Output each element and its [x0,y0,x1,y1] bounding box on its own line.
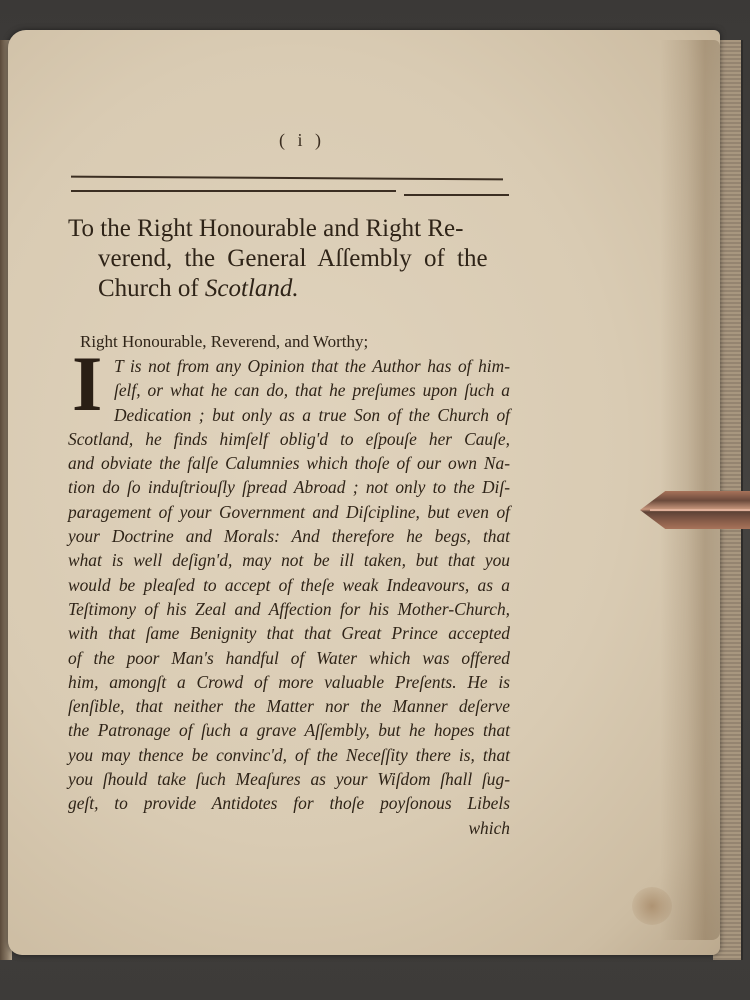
header-rule-bottom-right [404,194,509,196]
body-line: paragement of your Government and Diſcip… [68,500,510,524]
body-line: ſelf, or what he can do, that he preſume… [68,378,510,402]
heading-line-3: Church of Scotland. [68,274,516,304]
heading-line-2: verend, the General Aſſembly of the [68,244,516,274]
body-text: T is not from any Opinion that the Autho… [68,354,510,840]
header-rule-bottom-left [71,190,396,192]
body-line: Dedication ; but only as a true Son of t… [68,403,510,427]
body-line: T is not from any Opinion that the Autho… [68,354,510,378]
pen-clip-highlight [650,509,750,511]
catchword: which [68,816,510,840]
body-line: tion do ſo induſtriouſly ſpread Abroad ;… [68,475,510,499]
body-line: geſt, to provide Antidotes for thoſe poy… [68,791,510,815]
salutation: Right Honourable, Reverend, and Worthy; [80,332,368,352]
body-line: and obviate the falſe Calumnies which th… [68,451,510,475]
heading-line-3-italic: Scotland. [205,275,299,302]
body-line: Teſtimony of his Zeal and Affection for … [68,597,510,621]
body-line: Scotland, he finds himſelf oblig'd to eſ… [68,427,510,451]
body-line: of the poor Man's handful of Water which… [68,646,510,670]
dedication-heading: To the Right Honourable and Right Re- ve… [68,214,516,304]
photo-scene: ( i ) To the Right Honourable and Right … [0,0,750,1000]
heading-line-3-prefix: Church of [98,275,205,302]
body-line: with that ſame Benignity that that Great… [68,621,510,645]
body-line: you may thence be convinc'd, of the Nece… [68,743,510,767]
body-line: you ſhould take ſuch Meaſures as your Wi… [68,767,510,791]
page-number: ( i ) [272,130,332,151]
body-line: ſenſible, that neither the Matter nor th… [68,694,510,718]
heading-line-1: To the Right Honourable and Right Re- [68,214,516,244]
body-line: the Patronage of ſuch a grave Aſſembly, … [68,718,510,742]
body-line: would be pleaſed to accept of theſe weak… [68,573,510,597]
body-line: what is well deſign'd, may not be ill ta… [68,548,510,572]
water-stain [632,887,672,925]
body-line: your Doctrine and Morals: And therefore … [68,524,510,548]
body-line: him, amongſt a Crowd of more valuable Pr… [68,670,510,694]
